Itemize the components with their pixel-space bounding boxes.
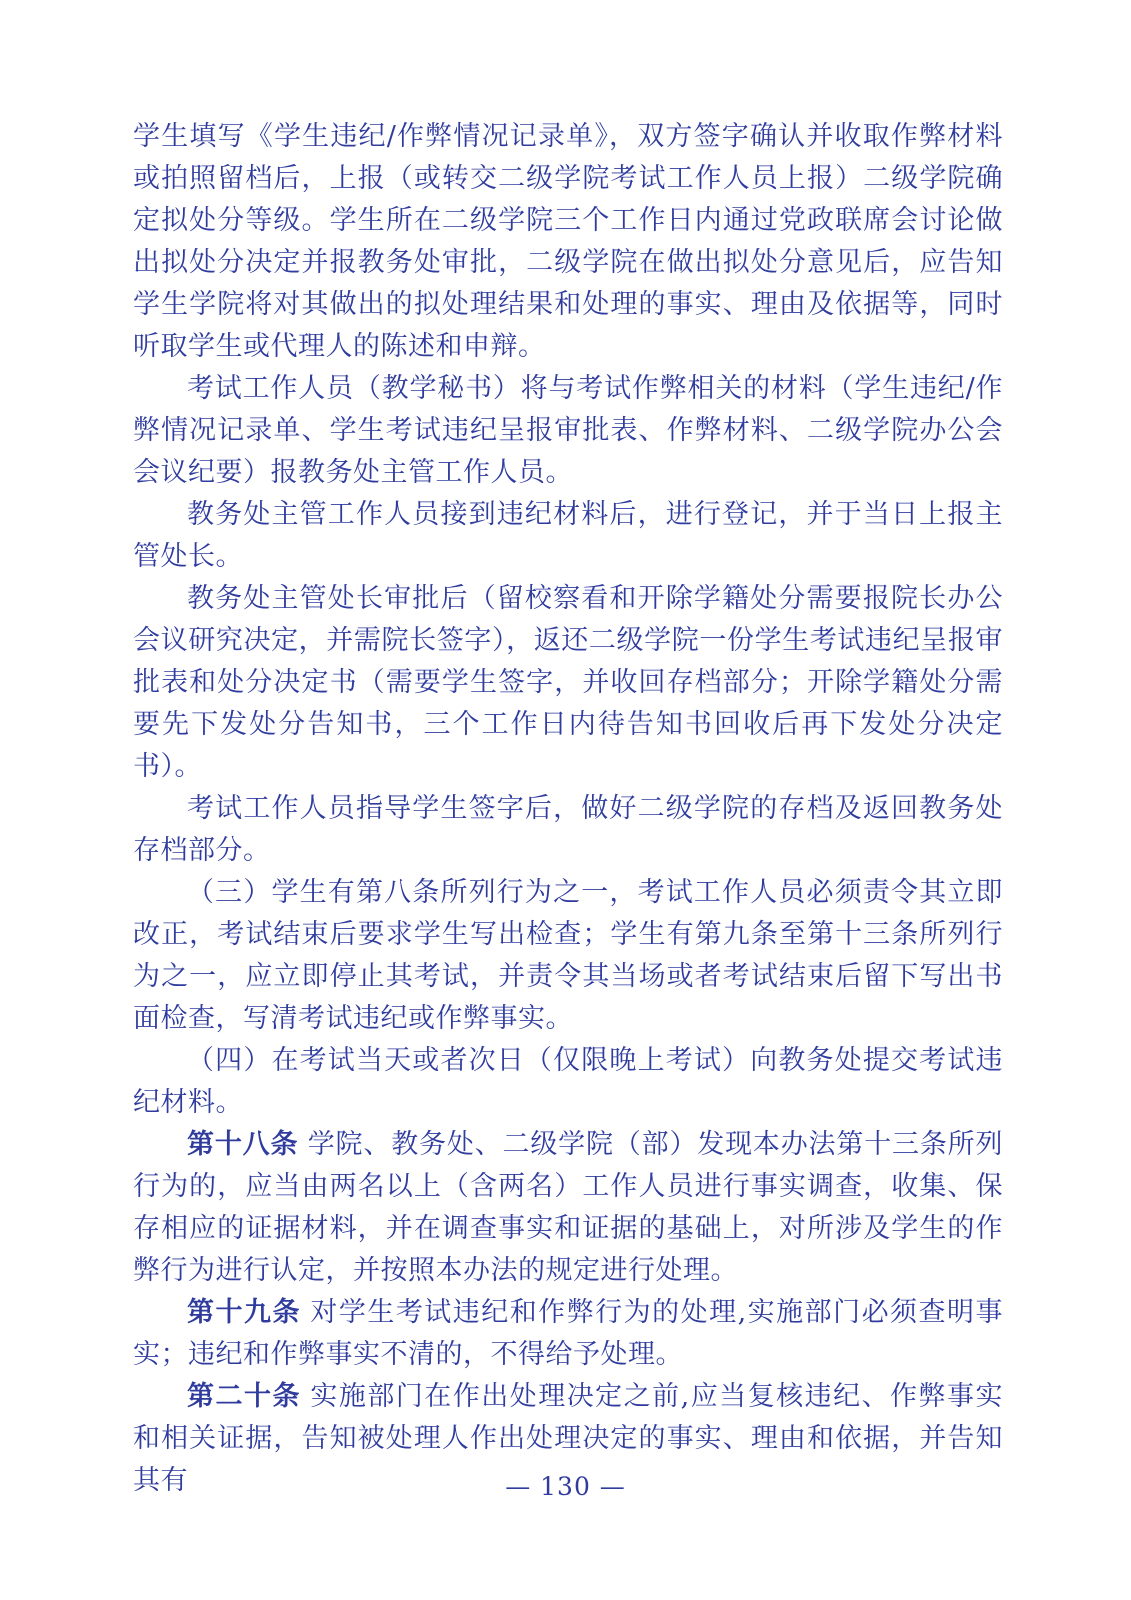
paragraph-item-3: （三）学生有第八条所列行为之一，考试工作人员必须责令其立即改正，考试结束后要求学…	[133, 872, 1003, 1040]
paragraph-text: 教务处主管处长审批后（留校察看和开除学籍处分需要报院长办公会议研究决定，并需院长…	[133, 583, 1003, 782]
article-number: 第二十条	[187, 1381, 301, 1412]
paragraph: 考试工作人员指导学生签字后，做好二级学院的存档及返回教务处存档部分。	[133, 788, 1003, 872]
paragraph-text: 考试工作人员指导学生签字后，做好二级学院的存档及返回教务处存档部分。	[133, 793, 1003, 866]
article-number: 第十八条	[187, 1129, 298, 1160]
paragraph-article-19: 第十九条对学生考试违纪和作弊行为的处理,实施部门必须查明事实；违纪和作弊事实不清…	[133, 1292, 1003, 1376]
paragraph-text: 考试工作人员（教学秘书）将与考试作弊相关的材料（学生违纪/作弊情况记录单、学生考…	[133, 373, 1003, 488]
paragraph: 教务处主管工作人员接到违纪材料后，进行登记，并于当日上报主管处长。	[133, 494, 1003, 578]
document-body: 学生填写《学生违纪/作弊情况记录单》，双方签字确认并收取作弊材料或拍照留档后，上…	[133, 116, 1003, 1502]
paragraph: 学生填写《学生违纪/作弊情况记录单》，双方签字确认并收取作弊材料或拍照留档后，上…	[133, 116, 1003, 368]
paragraph-item-4: （四）在考试当天或者次日（仅限晚上考试）向教务处提交考试违纪材料。	[133, 1040, 1003, 1124]
paragraph-text: （四）在考试当天或者次日（仅限晚上考试）向教务处提交考试违纪材料。	[133, 1045, 1003, 1118]
article-number: 第十九条	[187, 1297, 301, 1328]
paragraph-text: 教务处主管工作人员接到违纪材料后，进行登记，并于当日上报主管处长。	[133, 499, 1003, 572]
document-page: 学生填写《学生违纪/作弊情况记录单》，双方签字确认并收取作弊材料或拍照留档后，上…	[0, 0, 1131, 1600]
paragraph: 教务处主管处长审批后（留校察看和开除学籍处分需要报院长办公会议研究决定，并需院长…	[133, 578, 1003, 788]
page-number: — 130 —	[0, 1472, 1131, 1501]
paragraph: 考试工作人员（教学秘书）将与考试作弊相关的材料（学生违纪/作弊情况记录单、学生考…	[133, 368, 1003, 494]
paragraph-text: （三）学生有第八条所列行为之一，考试工作人员必须责令其立即改正，考试结束后要求学…	[133, 877, 1003, 1034]
paragraph-text: 学生填写《学生违纪/作弊情况记录单》，双方签字确认并收取作弊材料或拍照留档后，上…	[133, 121, 1003, 362]
paragraph-article-18: 第十八条学院、教务处、二级学院（部）发现本办法第十三条所列行为的，应当由两名以上…	[133, 1124, 1003, 1292]
